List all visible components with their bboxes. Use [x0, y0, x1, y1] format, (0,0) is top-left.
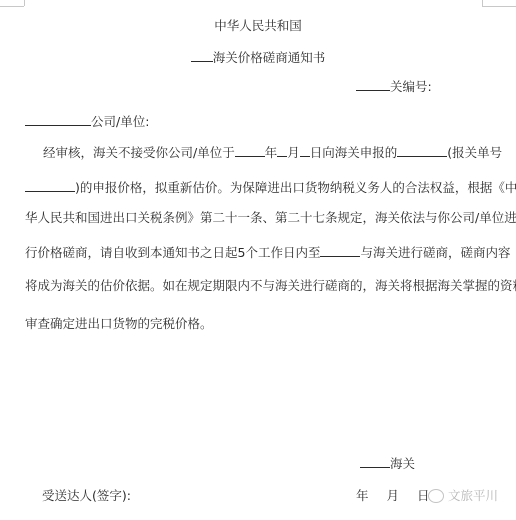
reference-number: 关编号: [356, 78, 432, 95]
body-line-3: 华人民共和国进出口关税条例》第二十一条、第二十七条规定，海关依法与你公司/单位进 [25, 210, 516, 226]
body-text: (报关单号 [447, 145, 502, 160]
year-label: 年 [265, 145, 278, 160]
watermark: 文旅平川 [428, 488, 498, 504]
body-line-5: 将成为海关的估价依据。如在规定期限内不与海关进行磋商的，海关将根据海关掌握的资料 [25, 278, 516, 294]
issuer: 海关 [360, 455, 415, 472]
date-month: 月 [386, 488, 399, 503]
recipient-signature-label: 受送达人(签字): [42, 488, 131, 503]
body-text: 华人民共和国进出口关税条例》第二十一条、第二十七条规定，海关依法与你公司/单位进 [25, 210, 516, 225]
date-year: 年 [356, 488, 369, 503]
header-text: 中华人民共和国 [214, 18, 302, 33]
addressee: 公司/单位: [25, 113, 149, 130]
body-text: 经审核，海关不接受你公司/单位于 [43, 145, 235, 160]
reference-label: 关编号: [390, 79, 432, 94]
year-blank [235, 144, 265, 157]
title-text: 海关价格磋商通知书 [213, 50, 326, 65]
crop-mark-top-right-v [482, 0, 483, 6]
body-text: 行价格磋商，请自收到本通知书之日起5个工作日内至 [25, 245, 320, 260]
body-text: )的申报价格，拟重新估价。为保障进出口货物纳税义务人的合法权益，根据《中 [75, 180, 516, 195]
body-text: 审查确定进出口货物的完税价格。 [25, 316, 213, 331]
body-line-6: 审查确定进出口货物的完税价格。 [25, 316, 213, 332]
body-text: 将成为海关的估价依据。如在规定期限内不与海关进行磋商的，海关将根据海关掌握的资料 [25, 278, 516, 293]
document-title: 海关价格磋商通知书 [0, 49, 516, 66]
crop-mark-top-left-v [24, 0, 25, 6]
document-header: 中华人民共和国 [0, 18, 516, 34]
recipient-signature: 受送达人(签字): [42, 488, 131, 504]
body-text: 日向海关申报的 [310, 145, 398, 160]
month-label: 月 [287, 145, 300, 160]
crop-mark-top-left-h [0, 6, 24, 7]
wechat-icon [428, 489, 444, 503]
body-line-2: )的申报价格，拟重新估价。为保障进出口货物纳税义务人的合法权益，根据《中 [25, 179, 516, 196]
customs-name-blank [191, 49, 213, 62]
watermark-text: 文旅平川 [448, 488, 498, 503]
declaration-number-blank [25, 179, 75, 192]
location-blank [320, 244, 360, 257]
body-line-1: 经审核，海关不接受你公司/单位于年月日向海关申报的(报关单号 [43, 144, 502, 161]
reference-prefix-blank [356, 78, 390, 91]
body-line-4: 行价格磋商，请自收到本通知书之日起5个工作日内至与海关进行磋商，磋商内容 [25, 244, 510, 261]
day-blank [300, 144, 310, 157]
declaration-blank [397, 144, 447, 157]
issue-date: 年 月 日 [356, 488, 429, 504]
body-text: 与海关进行磋商，磋商内容 [360, 245, 510, 260]
month-blank [277, 144, 287, 157]
issuer-blank [360, 455, 390, 468]
company-name-blank [25, 113, 91, 126]
issuer-label: 海关 [390, 456, 415, 471]
crop-mark-top-right-h [482, 6, 516, 7]
addressee-label: 公司/单位: [91, 114, 149, 129]
